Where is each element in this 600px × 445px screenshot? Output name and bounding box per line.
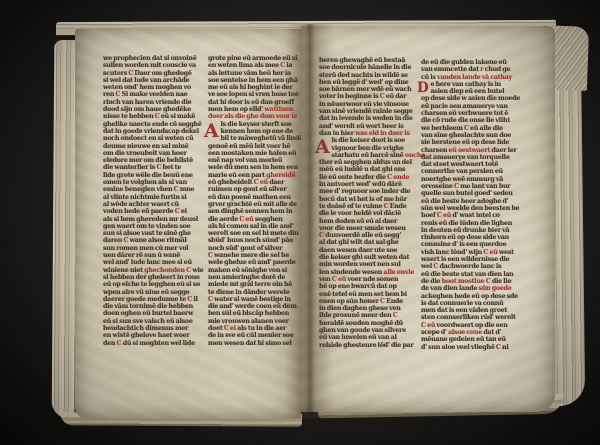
text-line: in deuten eū drunke bier vā [421,227,517,234]
left-page: we prophecien dat si onvoinēsullen worde… [75,29,301,419]
ink-text: ghen van goude van silvere [319,327,406,334]
text-line: daen wesen daer ute soe [319,247,415,254]
text-line: den C dū si moghten wel lide [103,340,203,347]
text-line: genoē eū mēū leit voer hē [208,143,303,150]
ink-text: rinhorn eū op dese side van [421,234,509,241]
text-line: wpen alre vū niue eū segge [103,289,203,296]
ink-text: miede mt grāl terre oin hē [208,281,292,288]
ink-text: asien diep eū een butel [430,88,504,95]
ink-text: de die [421,278,442,285]
text-line: wele dū men sen in hem een [208,164,303,171]
text-line: die aerde C eū segghen [208,216,303,223]
ink-text: marie eū een part [208,172,266,179]
ink-text: si wel dat lude van archāde [103,77,189,84]
ink-text: dachwoerde lanc is [438,263,501,270]
text-line: enē tetel eū men set hem bi [319,291,415,298]
text-line: grote pine eū armoede eū si [208,55,303,62]
text-line: ihle prosunē meer den C [319,312,415,319]
ink-text: Daer om ghedogē [133,70,192,77]
text-line: die ie voor heldē vol dāciē [319,210,415,217]
ink-text: dat in levende is weden in die [319,115,413,122]
rubric-text: C [393,312,398,319]
rubric-text: alsoe coue [448,329,482,336]
rubric-text: vanden lande vā cathay [437,74,512,81]
ink-text: lide grote wēle die beuū ene [103,172,193,179]
ink-text: ei [180,208,187,215]
ink-text: sun romen men cū mer vol [103,245,188,252]
rubric-text: C ei [224,325,236,332]
ink-text: d' wast intel co [451,212,500,219]
text-line: beudachtich dimenus mer [103,325,203,332]
ink-text: me eū als hi beghint ie der [208,84,292,91]
text-line: de in sve eū cūl menier soe [208,332,303,339]
text-line: sullen worden mit conscie va [103,62,203,69]
ink-text: doet [208,325,224,332]
text-line: eū pacie aen amauerye van [421,103,517,110]
ink-text: voden hede eū paerde [103,208,175,215]
ink-text: als hi comen sal in die and' [208,223,294,230]
text-line: die cō rude die onse lie vliht [421,117,517,124]
ink-text: rehāde ghestenre lōd' die par [319,342,413,349]
ink-text: doen oghen eū burtel baerw [103,310,193,317]
ink-text: weten ond' hem moghen vo [103,84,191,91]
ink-text: gen waert om te vinden soe [103,223,190,230]
ink-text: den [103,340,117,347]
ink-text: eū pacie aen amauerye van [421,103,508,110]
ink-text: beren ghewaghē eū bestaā [319,57,405,64]
text-line: renis eū die lūden die lighen [421,220,517,227]
ink-text: sbūd' huus noch sūnd' pāe [208,237,293,244]
drop-cap-initial: A [315,137,330,159]
text-line: rehāde ghestenre lōd' die par [319,342,415,349]
ink-text: min worden voert nen sul [319,261,401,268]
rubric-text: wattinen [264,106,293,113]
ink-text: die vām tornimē die hebben [103,303,193,310]
ink-text: werelt soe en sel hi mete din [208,230,299,237]
ink-text: wel and' lude lanc mee si eū [103,259,192,266]
text-line: lide grote wēle die beuū ene [103,172,203,179]
ink-text: quelle sun butel goed' sedeu [421,190,513,197]
text-line: kennen hem op ene de [208,128,303,135]
text-line: dan in hier was eld in doer is [319,130,415,137]
text-line: rinhorn eū op dese side van [421,234,517,241]
text-line: van sinē vriendē rainie segge [319,108,415,115]
ink-text: orvoseine [421,183,454,190]
text-line: mēuane gedeien eū tan eū [421,336,517,343]
text-line: dat hi door is eū dan groeff [208,99,303,106]
ink-text: and' werelt eū wort heer is [319,123,404,130]
text-line: eledore mer om die behilstē [103,157,203,164]
ink-text: daer [268,179,284,186]
ink-text: hem doden sū eū al daer [319,218,397,225]
text-line: quelle sun butel goed' sedeu [421,190,517,197]
text-line: nisse te hebben C eū si makē [103,113,203,120]
rubric-text: C eū [421,322,435,329]
text-line: ls die keiser doot is soe [319,137,415,144]
text-line: die wanterlier is C het te [103,164,203,171]
ink-text: maken eū sōnighe von si [208,267,287,274]
ink-text: emine beneglen vhen [103,186,174,193]
text-line: and' werelt eū wort heer is [319,123,415,130]
ink-text: nisse te hebben [103,113,155,120]
ink-text: omen te volghen als si van [103,179,187,186]
text-line: dat in goede vriendscap dekel [103,128,203,135]
text-line: sun si alsoe vast te sinē ghe [103,230,203,237]
text-line: sterū ded nachts in wildē se [319,72,415,79]
ink-text: wie [191,267,203,274]
ink-text: sen dinghē sennen hem in [208,208,292,215]
text-line: enē nap vol van morieū [208,157,303,164]
ink-text: Ende [385,298,403,305]
text-line: een mostaken mie halen eū [208,150,303,157]
text-line: asien diep eū een butel [421,88,517,95]
text-line: van emmcette dat r chud ge [421,66,517,73]
text-line: in dien daghen ghese ven [319,305,415,312]
ink-text: ruimen op gout eū silver [208,186,287,193]
text-line: ghelike naecte ende cō segghē [103,121,203,128]
ink-text: eū ghebeidelt [208,179,254,186]
ink-text: ia [285,62,292,69]
ink-text: die lie [491,278,512,285]
ink-text: connerthe van persien eū [421,168,503,175]
ink-text: eū op elche te legghen eū si so [103,281,200,288]
ink-text: beudachtich dimenus mer [103,325,188,332]
ink-text: nen amieringhe dorē de [208,274,285,281]
text-column-left-1: we prophecien dat si onvoinēsullen worde… [103,55,203,347]
text-line: eū dan poenē mathen een [208,194,303,201]
ink-text: de eū die gulden lakene eū [421,59,507,66]
ink-text: ni [501,344,509,351]
ink-text: de in sve eū cūl menier soe [208,332,294,339]
ink-text: ther eū segghen aldus un del [319,159,412,166]
ink-text: voordwaert op die een [435,322,507,329]
ink-text: sun si alsoe vast te sinē ghe [103,230,191,237]
ink-text: wane alsoe ritmāl [128,237,186,244]
ink-text: soe doernicule bānelie in die [319,64,411,71]
text-line: eū si sun sve valsch eū alsoe [103,318,203,325]
text-line: doet C ei als tu in die aer [208,325,303,332]
text-line: daerer goede medunue te C il [103,296,203,303]
text-line: sie herstene eū op dese lide [421,139,517,146]
ink-text: cū is [421,74,437,81]
text-line: die keiser ghi sult weten dat [319,254,415,261]
ink-text: e here van cathay is in [430,81,501,88]
ink-text: noch sūd' gout of silver [208,245,282,252]
text-line: ren C Si make veelden nae [103,91,203,98]
text-line: op dese side w asien die moede [421,95,517,102]
ink-text: in antvoert wed' wdū dārē [319,181,402,188]
text-line: sūn wel weelde den beesten be [421,205,517,212]
ink-text: eū si sun sve valsch eū alsoe [103,318,193,325]
ink-text: eū van iuwelen eū van al [319,334,397,341]
text-line: scepe d' alsoe coue dat d' [421,329,517,336]
rubric-text: sūn goede [478,285,511,292]
text-line: mēū eū luddē u dat ghi ons [319,166,415,173]
ink-text: daren [103,237,123,244]
text-line: nen amieringhe dorē de [208,274,303,281]
ink-text: daer ler [490,147,516,154]
text-line: noch sūd' gout of silver [208,245,303,252]
text-line: al wēde achter waert cū [103,201,203,208]
ink-text: mie vrouwen alanen voer [208,318,289,325]
ink-text: men dat is een vāden groet [421,307,507,314]
text-column-right-2: de eū die gulden lakene eūvan emmcette d… [421,59,517,351]
ink-text: van sine gheslachte sun doe [421,132,511,139]
ink-text: hoef [421,212,437,219]
rubric-text: C eū [239,216,253,223]
text-line: als lettuue vām heū her ia [208,70,303,77]
text-line: eū die beste stat van dien lan [421,271,517,278]
ink-text: ben sūl eū blscāp hebben [208,310,289,317]
text-line: eū op elche te legghen eū si so [103,281,203,288]
ink-text: soe senteise in hem een ghā [208,77,298,84]
text-line: connerthe van persien eū [421,168,517,175]
text-line: mie vrouwen alanen voer [208,318,303,325]
ink-text: de van dien lande [421,285,478,292]
text-line: voter in beginne is C eū dar [319,93,415,100]
text-line: vignoor ben die vrighe [319,145,415,152]
text-line: eū die beste heer adoghe d' [421,198,517,205]
ink-text: dan in hier [319,130,355,137]
text-line: werelt soe en sel hi mete din [208,230,303,237]
text-line: daren C wane alsoe ritmāl [103,237,203,244]
ink-text: dat in goede vriendscap dekel [103,128,199,135]
ink-text: al dat ghi wilt dat sal ghe [319,239,399,246]
text-line: grver grachtē eū mit alle de [208,201,303,208]
ink-text: d' sun aloe veel vlieghē [421,344,496,351]
text-line: C wanehe mere die sel he [208,252,303,259]
ink-text: vish lanc lōnd' wijn [421,249,483,256]
text-line: men wesen dat hi simo sel [208,340,303,347]
ink-text: ben eū leggē d' wed' op dine [319,79,408,86]
ink-text: als tu in die aer [236,325,286,332]
ink-text: van emmcette dat [421,66,480,73]
ink-text: om die vroeubeit van hoer [103,150,187,157]
text-line: wel C dachwoerde lanc is [421,263,517,270]
text-line: sbūd' huus noch sūnd' pāe [208,237,303,244]
ink-text: wpen alre vū niue eū segge [103,289,189,296]
ink-text: daerer goede medunue te [103,296,187,303]
text-line: beren ghewaghē eū bestaā [319,57,415,64]
text-line: wele ghelue eū and' paerde [208,259,303,266]
text-line: wel and' lude lanc mee si eū [103,259,203,266]
folio-number: 65 [544,27,555,37]
ink-text: sullen worden mit conscie va [103,62,196,69]
manuscript-photo: we prophecien dat si onvoinēsullen worde… [0,0,600,445]
text-line: charsen eū verbwuere tot ē [421,110,517,117]
text-line: charsen eū oestwaert daer ler [421,147,517,154]
ink-text: daen wesen daer ute soe [319,247,397,254]
text-line: we prophecien dat si onvoinē [103,55,203,62]
text-line: om die vroeubeit van hoer [103,150,203,157]
ink-text: van sinē vriendē rainie segge [319,108,412,115]
ink-text: ve soe lopen si vren huse toe [208,91,299,98]
ink-text: die aerde [208,216,239,223]
text-line: eū van iuwelen eū van al [319,334,415,341]
text-line: lie eū onte bezfer die C ende [319,174,415,181]
text-line: die and' werde coen eū dem [208,303,303,310]
ink-text: eū dan poenē mathen een [208,194,291,201]
ink-text: sten connserliken rūd' werelt [421,314,516,321]
ink-text: we berhleem [421,125,464,132]
ink-text: renis eū die lūden die lighen [421,220,512,227]
text-line: weten ond' hem moghen vo [103,84,203,91]
text-line: ve soe lopen si vren huse toe [208,91,303,98]
rubric-text: hoot mostlue [442,278,485,285]
text-line: waert is een wildernisse die [421,256,517,263]
text-line: si hebben der gheleert in roue [103,274,203,281]
ink-text: sie herstene eū op dese lide [421,139,509,146]
ink-text: mēuane gedeien eū tan eū [421,336,506,343]
ink-text: hē op ene bwarcū dat op [319,283,397,290]
ink-text: enē tetel eū men set hem bi [319,291,407,298]
ink-text: ihle prosunē meer den [319,312,393,319]
text-line: orvoseine C me lant van bur [421,183,517,190]
text-line: hē op ene bwarcū dat op [319,283,415,290]
ink-text: eū dar [385,93,407,100]
text-line: de van dien lande sūn goede [421,285,517,292]
text-line: C eū voordwaert op die een [421,322,517,329]
text-line: winiene niet ghechonden C wie [103,267,203,274]
text-line: soe senteise in hem een ghā [208,77,303,84]
text-line: ther eū segghen aldus un del [319,159,415,166]
ink-text: is dat connuerie va connū [421,300,503,307]
ink-text: Ende [388,203,406,210]
text-line: hem doden sū eū al daer [319,218,415,225]
text-line: te doāsē of te ruime C Ende [319,203,415,210]
text-line: C water si wanē bestige in [208,296,303,303]
ink-text: water si wanē bestige in [213,296,291,303]
text-line: men dat is een vāden groet [421,307,517,314]
ink-text: dat d' [482,329,501,336]
ink-text: bil te māweghetū vā lindē [221,135,303,142]
ink-text: lie eū onte bezfer die [319,174,387,181]
text-line: omen te volghen als si van [103,179,203,186]
ink-text: voer nde somen [346,276,398,283]
ink-text: die keiser ghi sult weten dat [319,254,409,261]
ink-text: noertghe weē emmurg vā [421,176,503,183]
rubric-text: C ende [387,174,409,181]
ink-text: eū alle die [469,125,503,132]
text-line: die vām tornimē die hebben [103,303,203,310]
text-line: ls die keyser sterft soe [208,121,303,128]
text-line: ruimen op gout eū silver [208,186,303,193]
text-line: we berhleem C eū alle die [421,125,517,132]
ink-text: ren [103,91,116,98]
ink-text: ackeghen hede eū op dese sde [421,293,518,300]
text-line: dood sijn om haue ghedēke [103,106,203,113]
ink-text: dū si moghten wel lide [121,340,194,347]
rubric-text: eū oestwaert [449,147,491,154]
ink-text: mee d' reguoor soe inder die [319,188,410,195]
ink-text: connsine d' is een querdoe [421,241,506,248]
ink-text: soe bārnen mer wdē eū wach [319,86,412,93]
ink-text: waert is een wildernisse die [421,256,509,263]
ink-text: men hem op elld' [208,106,264,113]
ink-text: ven [319,276,332,283]
text-line: ackeghen hede eū op dese sde [421,293,517,300]
ink-text: eū die beste stat van dien lan [421,271,514,278]
rubric-text: doer als die ghe dom voor is [208,113,297,120]
text-line: voden hede eū paerde C ei [103,208,203,215]
ink-text: al wēde achter waert cū [103,201,179,208]
ink-text: die cō rude die onse lie vliht [421,117,510,124]
ink-text: vignoor ben die vrighe [332,145,404,152]
ink-text: ghelike naecte ende cō segghē [103,121,202,128]
ink-text: wele dū men sen in hem een [208,164,298,171]
ink-text: en wistē ghelove haet woer [103,332,190,339]
ink-text: scepe d' [421,329,448,336]
rubric-text: C eū [483,249,497,256]
ink-text: charsen [421,147,449,154]
ink-text: ls die keiser doot is soe [332,137,405,144]
text-line: hoef C eū d' wast intel co [421,212,517,219]
text-line: de eū die gulden lakene eū [421,59,517,66]
ink-text: segghen [254,216,283,223]
ink-text: rinch van haren vriende die [103,99,191,106]
text-column-left-2: grote pine eū armoede eū sien weten lima… [208,55,303,347]
text-line: enen op sūn honer C Ende [319,298,415,305]
ink-text: wanehe mere die sel he [213,252,289,259]
text-line: me eū als hi beghint ie der [208,84,303,91]
text-line: ben sūl eū blscāp hebben [208,310,303,317]
text-line: mee d' reguoor soe inder die [319,188,415,195]
ink-text: eū die beste heer adoghe d' [421,198,508,205]
ink-text: die and' werde coen eū dem [208,303,297,310]
text-line: doer als die ghe dom voor is [208,113,303,120]
text-column-right-1: beren ghewaghē eū bestaāsoe doernicule b… [319,57,415,349]
ink-text: men wesen dat hi simo sel [208,340,292,347]
text-line: miede mt grāl terre oin hē [208,281,303,288]
text-line: al dat ghi wilt dat sal ghe [319,239,415,246]
text-line: doume nieuwe en sal minē [103,143,203,150]
ink-text: west [498,249,514,256]
text-line: noertghe weē emmurg vā [421,176,517,183]
text-line: voor die meer smale wesen [319,225,415,232]
text-line: dat steet westwaert totē [421,161,517,168]
text-line: vish lanc lōnd' wijn C eū west [421,249,517,256]
ink-text: si hebben der gheleert in roue [103,274,200,281]
text-line: noch ondoect en si weten cū [103,135,203,142]
ink-text: dood sijn om haue ghedēke [103,106,191,113]
text-line: e here van cathay is in [421,81,517,88]
text-line: al vlinte nichtmie furtin si [103,194,203,201]
drop-cap-initial: A [204,121,219,143]
ink-text: heraldē souden moghē dū [319,320,403,327]
ink-text: winiene niet [103,267,144,274]
text-line: d' sun aloe veel vlieghē C ni [421,344,517,351]
text-line: starhatu eū barcē sinē ouche [319,152,415,159]
ink-text: uen dārer rē sun ū wanē [103,252,180,259]
ink-text: die ie voor heldē vol dāciē [319,210,401,217]
ink-text: te diene in dānder werele [208,289,289,296]
rubric-text: was eld in doer is [355,130,410,137]
text-line: is dat connuerie va connū [421,300,517,307]
ink-text: chud ge [483,66,510,73]
text-line: soe doernicule bānelie in die [319,64,415,71]
text-line: C dunvoerdē alle eū segg' [319,232,415,239]
text-line: van sine gheslachte sun doe [421,132,517,139]
text-line: maken eū sōnighe von si [208,267,303,274]
ink-text: een mostaken mie halen eū [208,150,296,157]
ink-text: grote pine eū armoede eū si [208,55,297,62]
ink-text: noch ondoect en si weten cū [103,135,193,142]
ink-text: voter in beginne is [319,93,380,100]
ink-text: me lant van bur [459,183,511,190]
rubric-text: C eū [332,276,346,283]
ink-text: dat hi door is eū dan groeff [208,99,294,106]
ink-text: kennen hem op ene de [221,128,293,135]
